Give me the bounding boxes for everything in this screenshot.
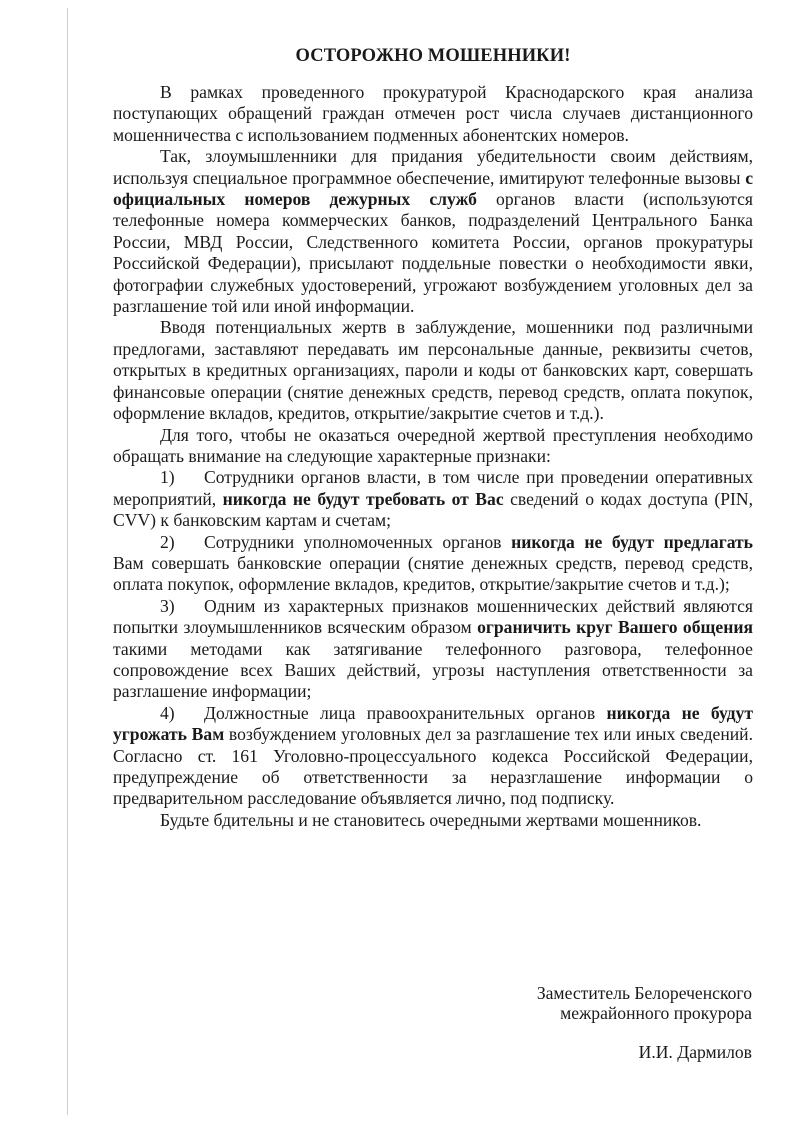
closing-paragraph: Будьте бдительны и не становитесь очеред… (113, 810, 753, 831)
list-item-number: 1) (160, 467, 204, 488)
paragraph-pretexts: Вводя потенциальных жертв в заблуждение,… (113, 317, 753, 424)
list-item-number: 3) (160, 596, 204, 617)
list-item-number: 2) (160, 532, 204, 553)
bold-text-segment: ограничить круг Вашего общения (477, 617, 753, 637)
list-item-2: 2)Сотрудники уполномоченных органов нико… (113, 532, 753, 596)
text-segment: такими методами как затягивание телефонн… (113, 639, 753, 702)
page-margin-line (67, 8, 68, 1115)
document-title: ОСТОРОЖНО МОШЕННИКИ! (113, 44, 753, 68)
text-segment: Вводя потенциальных жертв в заблуждение,… (113, 317, 753, 423)
list-item-1: 1)Сотрудники органов власти, в том числе… (113, 467, 753, 531)
signature-name: И.И. Дармилов (537, 1042, 752, 1062)
paragraph-signs-intro: Для того, чтобы не оказаться очередной ж… (113, 425, 753, 468)
paragraph-spoofing: Так, злоумышленники для придания убедите… (113, 146, 753, 317)
list-item-3: 3)Одним из характерных признаков мошенни… (113, 596, 753, 703)
text-segment: В рамках проведенного прокуратурой Красн… (113, 82, 753, 145)
bold-text-segment: никогда не будут предлагать (511, 532, 753, 552)
text-segment: Сотрудники уполномоченных органов (204, 532, 511, 552)
signature-position-line2: межрайонного прокурора (537, 1003, 752, 1023)
document-page: ОСТОРОЖНО МОШЕННИКИ! В рамках проведенно… (113, 44, 753, 831)
text-segment: Должностные лица правоохранительных орга… (204, 703, 606, 723)
bold-text-segment: никогда не будут требовать от Вас (223, 489, 504, 509)
signature-block: Заместитель Белореченского межрайонного … (537, 983, 752, 1062)
signature-position-line1: Заместитель Белореченского (537, 983, 752, 1003)
list-item-number: 4) (160, 703, 204, 724)
closing-text: Будьте бдительны и не становитесь очеред… (160, 810, 701, 830)
paragraph-intro: В рамках проведенного прокуратурой Красн… (113, 82, 753, 146)
text-segment: Для того, чтобы не оказаться очередной ж… (113, 425, 753, 466)
text-segment: Так, злоумышленники для придания убедите… (113, 146, 753, 187)
text-segment: Вам совершать банковские операции (сняти… (113, 553, 753, 594)
list-item-4: 4)Должностные лица правоохранительных ор… (113, 703, 753, 810)
